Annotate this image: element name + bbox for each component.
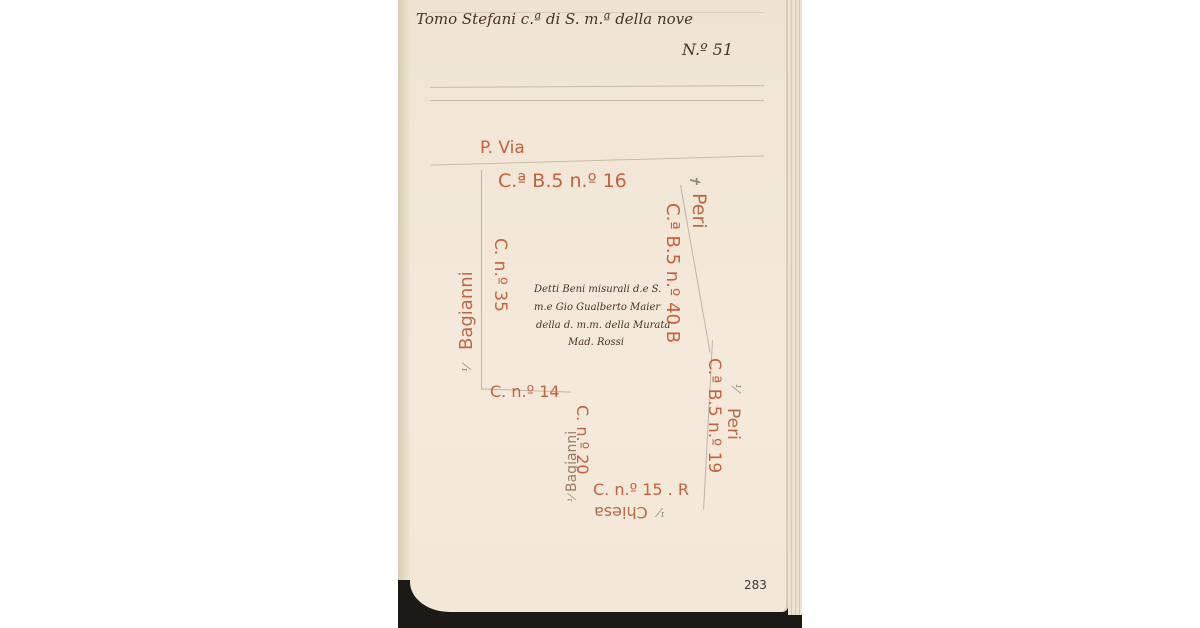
page-stack-edge: [788, 0, 802, 615]
folio-number: 283: [744, 578, 767, 592]
bottom-owner-mark: ⅟: [658, 505, 665, 519]
center-note-line: Detti Beni misurali d.e S.: [534, 284, 661, 295]
bottom-parcel-label: C. n.º 15 . R: [593, 480, 689, 499]
center-note-line: m.e Gio Gualberto Maier: [534, 302, 660, 313]
right-top-owner-mark: ✝: [686, 174, 702, 186]
right-bottom-parcel-label: C.ª B.5 n.º 19: [704, 358, 724, 473]
right-bottom-owner-label: Peri: [723, 408, 743, 440]
right-bottom-owner-mark: ⅟: [729, 384, 743, 391]
plot-boundary-line: [481, 170, 482, 390]
left-owner-label: Bagianni: [456, 271, 477, 350]
bottom-inner-owner-mark: ⅟: [566, 496, 579, 502]
bottom-owner-label: Chiesa: [594, 503, 648, 522]
bottom-left-parcel-label: C. n.º 14: [490, 382, 560, 401]
manuscript-scan: Tomo Stefani c.ª di S. m.ª della nove N.…: [398, 0, 802, 628]
bottom-inner-owner-label: Bagianni: [564, 431, 580, 492]
page-fold-line: [430, 85, 764, 88]
right-top-owner-label: Peri: [688, 193, 710, 229]
page-fold-line: [430, 100, 764, 101]
left-owner-mark: ⅟: [460, 365, 474, 372]
top-parcel-label: C.ª B.5 n.º 16: [498, 170, 627, 192]
center-note-line: della d. m.m. della Murata: [536, 320, 670, 331]
manuscript-page: Tomo Stefani c.ª di S. m.ª della nove N.…: [410, 0, 788, 612]
header-title: Tomo Stefani c.ª di S. m.ª della nove: [416, 10, 693, 28]
header-number: N.º 51: [682, 40, 733, 59]
left-parcel-label: C. n.º 35: [490, 238, 510, 312]
top-street-label: P. Via: [480, 138, 525, 158]
center-note-line: Mad. Rossi: [568, 337, 624, 348]
